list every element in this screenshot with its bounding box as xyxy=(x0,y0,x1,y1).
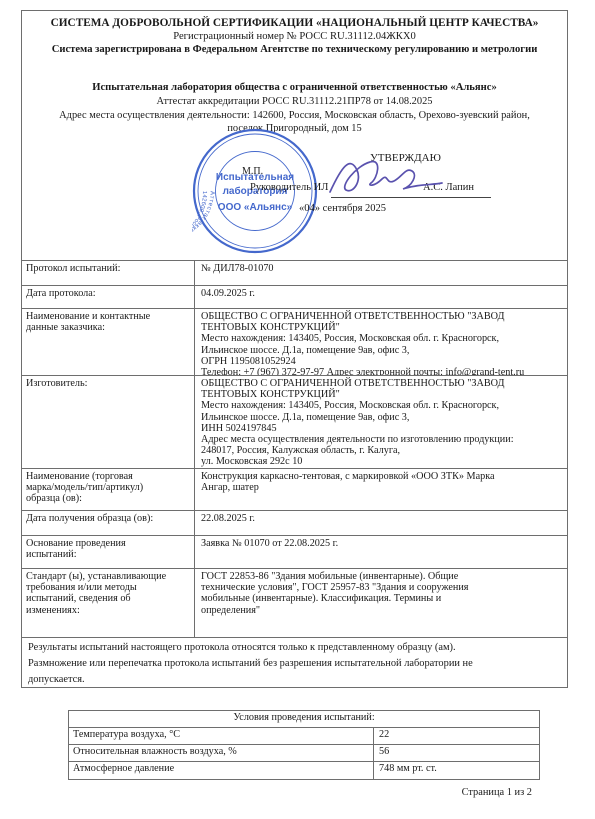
row-label: Изготовитель: xyxy=(22,376,195,468)
table-row: Температура воздуха, °С 22 xyxy=(69,728,539,745)
row-value: № ДИЛ78-01070 xyxy=(195,261,567,285)
table-row: Дата протокола: 04.09.2025 г. xyxy=(22,285,567,308)
row-value: ГОСТ 22853-86 "Здания мобильные (инвента… xyxy=(195,569,567,637)
registration-number: Регистрационный номер № РОСС RU.31112.04… xyxy=(22,31,567,42)
table-row: Основание проведения испытаний: Заявка №… xyxy=(22,535,567,568)
condition-value: 748 мм рт. ст. xyxy=(374,762,539,779)
row-label: Протокол испытаний: xyxy=(22,261,195,285)
row-label: Наименование (торговая марка/модель/тип/… xyxy=(22,469,195,510)
row-value: Заявка № 01070 от 22.08.2025 г. xyxy=(195,536,567,568)
table-row: Атмосферное давление 748 мм рт. ст. xyxy=(69,762,539,779)
seal-place-label: М.П. xyxy=(242,166,263,177)
condition-label: Температура воздуха, °С xyxy=(69,728,374,744)
table-row: Дата получения образца (ов): 22.08.2025 … xyxy=(22,510,567,535)
row-label: Дата получения образца (ов): xyxy=(22,511,195,535)
approval-date: «04» сентября 2025 xyxy=(299,203,386,214)
row-value: 04.09.2025 г. xyxy=(195,286,567,308)
row-label: Наименование и контактные данные заказчи… xyxy=(22,309,195,375)
table-row: Протокол испытаний: № ДИЛ78-01070 xyxy=(22,260,567,285)
document-frame: СИСТЕМА ДОБРОВОЛЬНОЙ СЕРТИФИКАЦИИ «НАЦИО… xyxy=(21,10,568,688)
page-indicator: Страница 1 из 2 xyxy=(462,787,532,798)
table-row: Стандарт (ы), устанавливающие требования… xyxy=(22,568,567,637)
condition-label: Относительная влажность воздуха, % xyxy=(69,745,374,761)
table-row: Наименование (торговая марка/модель/тип/… xyxy=(22,468,567,510)
laboratory-accreditation: Аттестат аккредитации РОСС RU.31112.21ПР… xyxy=(22,96,567,107)
signature-icon xyxy=(320,150,450,202)
document-header: СИСТЕМА ДОБРОВОЛЬНОЙ СЕРТИФИКАЦИИ «НАЦИО… xyxy=(22,11,567,260)
condition-value: 22 xyxy=(374,728,539,744)
condition-label: Атмосферное давление xyxy=(69,762,374,779)
registration-note: Система зарегистрирована в Федеральном А… xyxy=(22,44,567,55)
condition-value: 56 xyxy=(374,745,539,761)
table-row: Изготовитель: ОБЩЕСТВО С ОГРАНИЧЕННОЙ ОТ… xyxy=(22,375,567,468)
conditions-title: Условия проведения испытаний: xyxy=(69,711,539,728)
row-value: Конструкция каркасно-тентовая, с маркиро… xyxy=(195,469,567,510)
certification-system-title: СИСТЕМА ДОБРОВОЛЬНОЙ СЕРТИФИКАЦИИ «НАЦИО… xyxy=(22,17,567,29)
protocol-table: Протокол испытаний: № ДИЛ78-01070 Дата п… xyxy=(22,260,567,688)
row-label: Основание проведения испытаний: xyxy=(22,536,195,568)
row-value: ОБЩЕСТВО С ОГРАНИЧЕННОЙ ОТВЕТСТВЕННОСТЬЮ… xyxy=(195,309,567,375)
row-value: ОБЩЕСТВО С ОГРАНИЧЕННОЙ ОТВЕТСТВЕННОСТЬЮ… xyxy=(195,376,567,468)
document-page: СИСТЕМА ДОБРОВОЛЬНОЙ СЕРТИФИКАЦИИ «НАЦИО… xyxy=(0,0,595,819)
conditions-table: Условия проведения испытаний: Температур… xyxy=(68,710,540,780)
row-label: Стандарт (ы), устанавливающие требования… xyxy=(22,569,195,637)
table-row: Наименование и контактные данные заказчи… xyxy=(22,308,567,375)
approver-role-label: Руководитель ИЛ xyxy=(250,182,328,193)
row-label: Дата протокола: xyxy=(22,286,195,308)
stamp-center-line3: ООО «Альянс» xyxy=(218,202,293,213)
protocol-note: Результаты испытаний настоящего протокол… xyxy=(22,637,567,688)
row-value: 22.08.2025 г. xyxy=(195,511,567,535)
table-row: Относительная влажность воздуха, % 56 xyxy=(69,745,539,762)
laboratory-name: Испытательная лаборатория общества с огр… xyxy=(22,82,567,93)
